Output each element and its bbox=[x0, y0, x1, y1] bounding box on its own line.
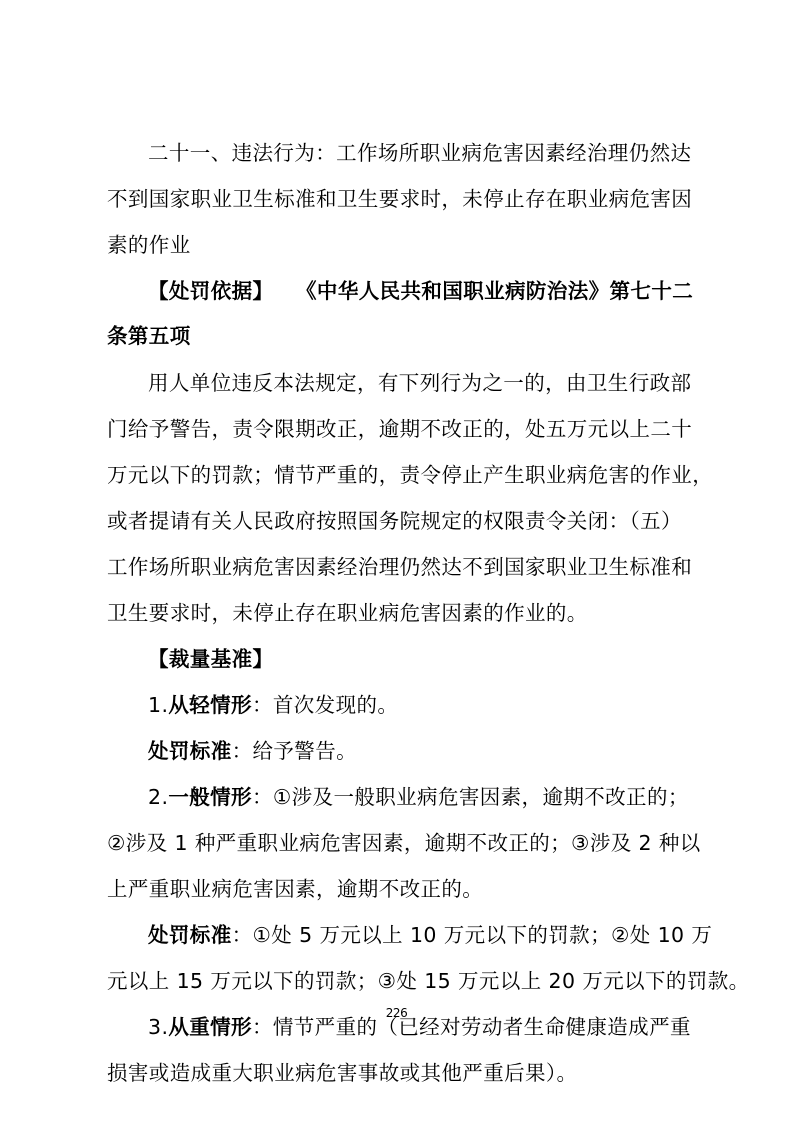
section-title-line-2: 不到国家职业卫生标准和卫生要求时，未停止存在职业病危害因 bbox=[107, 187, 692, 211]
general-penalty-label: 处罚标准 bbox=[148, 923, 232, 947]
basis-text-line-4: 或者提请有关人民政府按照国务院规定的权限责令关闭：（五） bbox=[107, 509, 682, 533]
basis-text-line-1: 用人单位违反本法规定，有下列行为之一的，由卫生行政部 bbox=[148, 371, 691, 395]
general-penalty: 处罚标准：①处 5 万元以上 10 万元以下的罚款；②处 10 万 bbox=[148, 923, 712, 947]
basis-law-ref-cont: 条第五项 bbox=[107, 324, 191, 348]
general-case: 2.一般情形：①涉及一般职业病危害因素，逾期不改正的； bbox=[148, 785, 689, 809]
general-case-text-3: 上严重职业病危害因素，逾期不改正的。 bbox=[107, 877, 483, 901]
light-penalty-label: 处罚标准 bbox=[148, 739, 232, 763]
basis-label: 【处罚依据】 bbox=[148, 279, 273, 303]
basis-text-line-5: 工作场所职业病危害因素经治理仍然达不到国家职业卫生标准和 bbox=[107, 555, 692, 579]
general-case-label: 一般情形 bbox=[168, 785, 252, 809]
general-case-num: 2. bbox=[148, 785, 168, 809]
basis-text-line-3: 万元以下的罚款；情节严重的，责令停止产生职业病危害的作业， bbox=[107, 463, 713, 487]
section-title-line-1: 二十一、违法行为：工作场所职业病危害因素经治理仍然达 bbox=[148, 141, 691, 165]
light-case-text: ：首次发现的。 bbox=[252, 693, 398, 717]
page-number: 226 bbox=[0, 1006, 793, 1020]
light-penalty: 处罚标准：给予警告。 bbox=[148, 739, 357, 763]
section-title-line-3: 素的作业 bbox=[107, 233, 191, 257]
general-penalty-text-1: ：①处 5 万元以上 10 万元以下的罚款；②处 10 万 bbox=[232, 923, 713, 947]
general-case-text-1: ：①涉及一般职业病危害因素，逾期不改正的； bbox=[252, 785, 689, 809]
discretion-heading: 【裁量基准】 bbox=[148, 647, 273, 671]
basis-heading: 【处罚依据】 《中华人民共和国职业病防治法》第七十二 bbox=[148, 279, 693, 303]
basis-text-line-2: 门给予警告，责令限期改正，逾期不改正的，处五万元以上二十 bbox=[107, 417, 692, 441]
general-case-text-2: ②涉及 1 种严重职业病危害因素，逾期不改正的；③涉及 2 种以 bbox=[107, 831, 701, 855]
general-penalty-text-2: 元以上 15 万元以下的罚款；③处 15 万元以上 20 万元以下的罚款。 bbox=[107, 969, 750, 993]
light-case-label: 从轻情形 bbox=[168, 693, 252, 717]
light-penalty-text: ：给予警告。 bbox=[232, 739, 357, 763]
heavy-case-text-2: 损害或造成重大职业病危害事故或其他严重后果）。 bbox=[107, 1061, 577, 1085]
basis-law-ref: 《中华人民共和国职业病防治法》第七十二 bbox=[296, 279, 693, 303]
light-case-num: 1. bbox=[148, 693, 168, 717]
light-case: 1.从轻情形：首次发现的。 bbox=[148, 693, 398, 717]
basis-text-line-6: 卫生要求时，未停止存在职业病危害因素的作业的。 bbox=[107, 601, 588, 625]
